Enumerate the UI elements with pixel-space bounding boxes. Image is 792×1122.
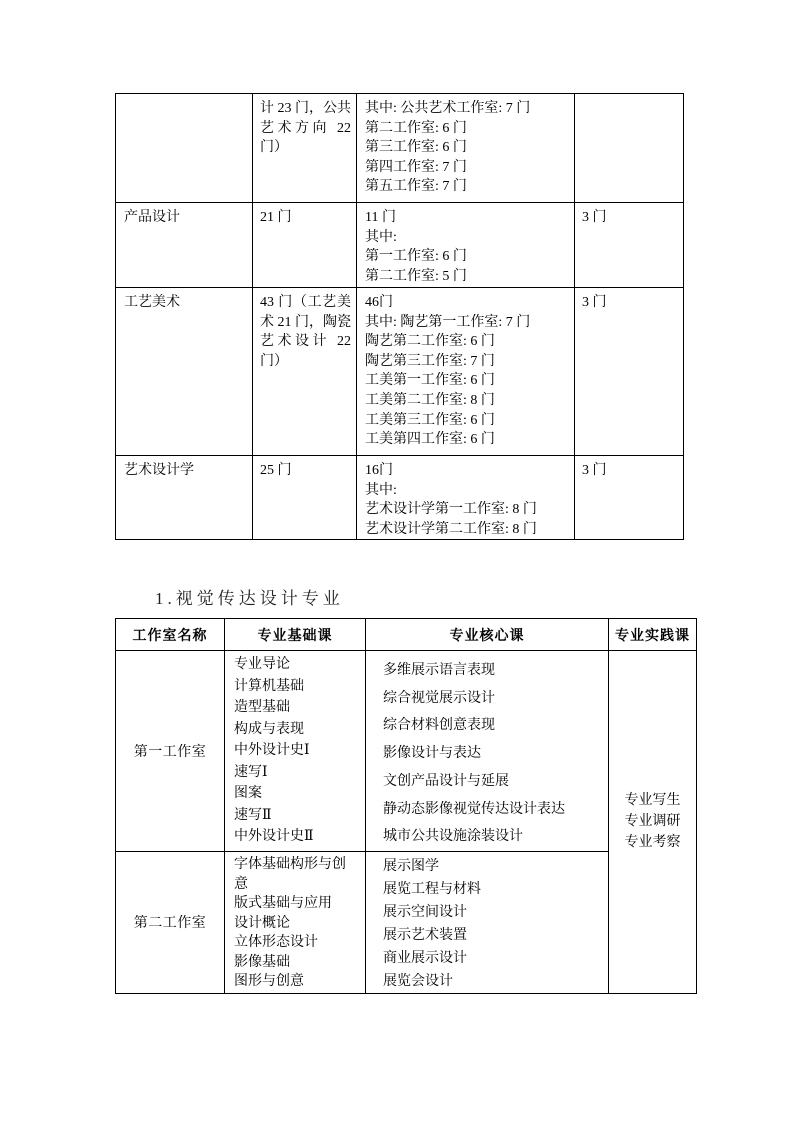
header-studio-name: 工作室名称: [116, 619, 225, 651]
practice-count-cell: 3 门: [575, 288, 684, 456]
core-count-cell: 11 门其中:第一工作室: 6 门第二工作室: 5 门: [357, 203, 575, 288]
basic-count-cell: 21 门: [253, 203, 357, 288]
major-cell: 工艺美术: [116, 288, 253, 456]
core-courses-cell: 展示图学展览工程与材料展示空间设计展示艺术装置商业展示设计展览会设计: [366, 851, 609, 993]
studio-name-cell: 第一工作室: [116, 651, 225, 852]
core-count-cell: 16门其中:艺术设计学第一工作室: 8 门艺术设计学第二工作室: 8 门: [357, 456, 575, 540]
basic-courses-cell: 专业导论计算机基础造型基础构成与表现中外设计史Ⅰ速写Ⅰ图案速写Ⅱ中外设计史Ⅱ: [225, 651, 366, 852]
major-cell: [116, 94, 253, 203]
major-cell: 产品设计: [116, 203, 253, 288]
studio-name-cell: 第二工作室: [116, 851, 225, 993]
basic-count-cell: 计 23 门，公共艺术方向 22 门）: [253, 94, 357, 203]
section-heading: 1.视觉传达设计专业: [155, 584, 344, 609]
core-count-cell: 46门其中: 陶艺第一工作室: 7 门陶艺第二工作室: 6 门陶艺第三工作室: …: [357, 288, 575, 456]
core-courses-cell: 多维展示语言表现综合视觉展示设计综合材料创意表现影像设计与表达文创产品设计与延展…: [366, 651, 609, 852]
practice-count-cell: 3 门: [575, 203, 684, 288]
table-row: 工艺美术 43 门（工艺美术 21 门，陶瓷艺术设计 22 门） 46门其中: …: [116, 288, 684, 456]
table-row: 产品设计 21 门 11 门其中:第一工作室: 6 门第二工作室: 5 门 3 …: [116, 203, 684, 288]
basic-count-cell: 25 门: [253, 456, 357, 540]
header-basic-courses: 专业基础课: [225, 619, 366, 651]
major-cell: 艺术设计学: [116, 456, 253, 540]
basic-courses-cell: 字体基础构形与创意版式基础与应用设计概论立体形态设计影像基础图形与创意: [225, 851, 366, 993]
major-course-count-table: 计 23 门，公共艺术方向 22 门） 其中: 公共艺术工作室: 7 门第二工作…: [115, 93, 684, 540]
header-core-courses: 专业核心课: [366, 619, 609, 651]
core-count-cell: 其中: 公共艺术工作室: 7 门第二工作室: 6 门第三工作室: 6 门第四工作…: [357, 94, 575, 203]
practice-count-cell: 3 门: [575, 456, 684, 540]
table-row: 艺术设计学 25 门 16门其中:艺术设计学第一工作室: 8 门艺术设计学第二工…: [116, 456, 684, 540]
practice-courses-cell: 专业写生专业调研专业考察: [609, 651, 697, 994]
table-row: 计 23 门，公共艺术方向 22 门） 其中: 公共艺术工作室: 7 门第二工作…: [116, 94, 684, 203]
header-practice-courses: 专业实践课: [609, 619, 697, 651]
studio-course-table: 工作室名称 专业基础课 专业核心课 专业实践课 第一工作室 专业导论计算机基础造…: [115, 618, 697, 994]
table-header-row: 工作室名称 专业基础课 专业核心课 专业实践课: [116, 619, 697, 651]
practice-count-cell: [575, 94, 684, 203]
table-row: 第一工作室 专业导论计算机基础造型基础构成与表现中外设计史Ⅰ速写Ⅰ图案速写Ⅱ中外…: [116, 651, 697, 852]
basic-count-cell: 43 门（工艺美术 21 门，陶瓷艺术设计 22 门）: [253, 288, 357, 456]
